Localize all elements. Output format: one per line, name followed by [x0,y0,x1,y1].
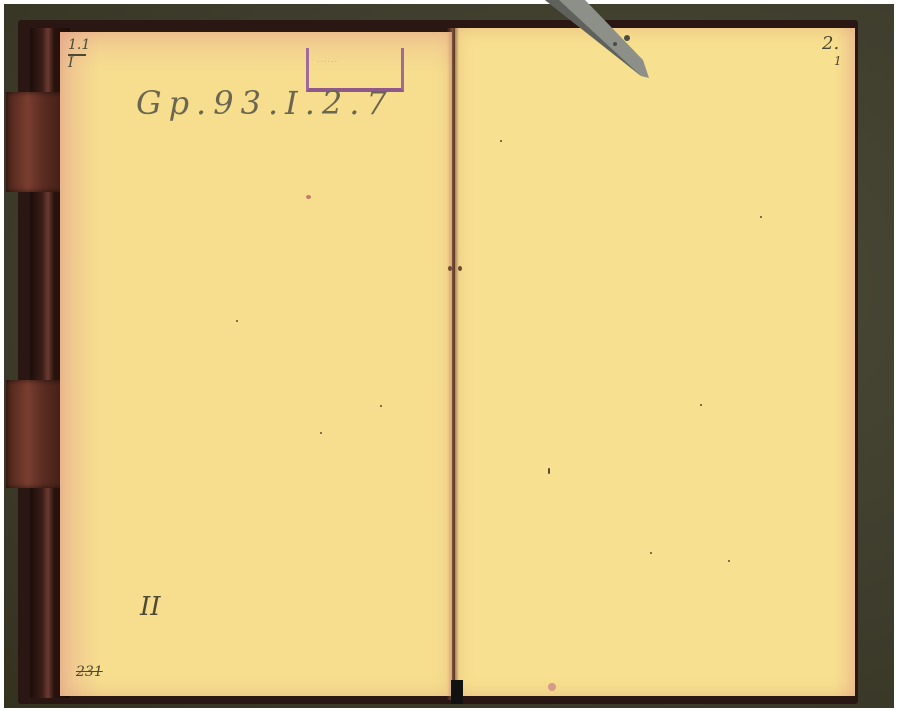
stain-spot [306,195,311,199]
corner-mark-number: 1.1 [68,37,90,53]
corner-mark-sub: 1 [822,54,842,68]
paper-speck [700,404,702,406]
paper-speck [728,560,730,562]
left-page [60,32,452,696]
paper-speck [380,405,382,407]
corner-mark-sub: I [68,55,74,71]
stamp-text: ...... [317,54,338,64]
shelfmark: Gp.93.I.2.7 [136,84,394,122]
paper-speck [500,140,502,142]
struck-number-mark: 231 [76,664,103,680]
stitch-hole [458,266,462,271]
stitch-hole [448,266,452,271]
corner-mark-top-left: 1.1 I [68,38,90,70]
paper-speck [236,320,238,322]
stain-spot [548,683,556,691]
leather-strap-bottom [6,380,68,488]
roman-numeral-mark: II [140,592,161,622]
paper-speck [320,432,322,434]
corner-mark-top-right: 2. 1 [822,36,842,69]
corner-mark-number: 2. [822,33,839,54]
leather-strap-top [6,92,68,192]
book-photo: 1.1 I ...... Gp.93.I.2.7 II 231 2. 1 [0,0,897,711]
gutter-shadow [451,680,463,704]
paper-speck [548,468,550,474]
book-gutter [447,28,459,700]
paper-knife-icon [545,0,655,80]
right-page [455,28,855,696]
paper-speck [650,552,652,554]
paper-speck [760,216,762,218]
